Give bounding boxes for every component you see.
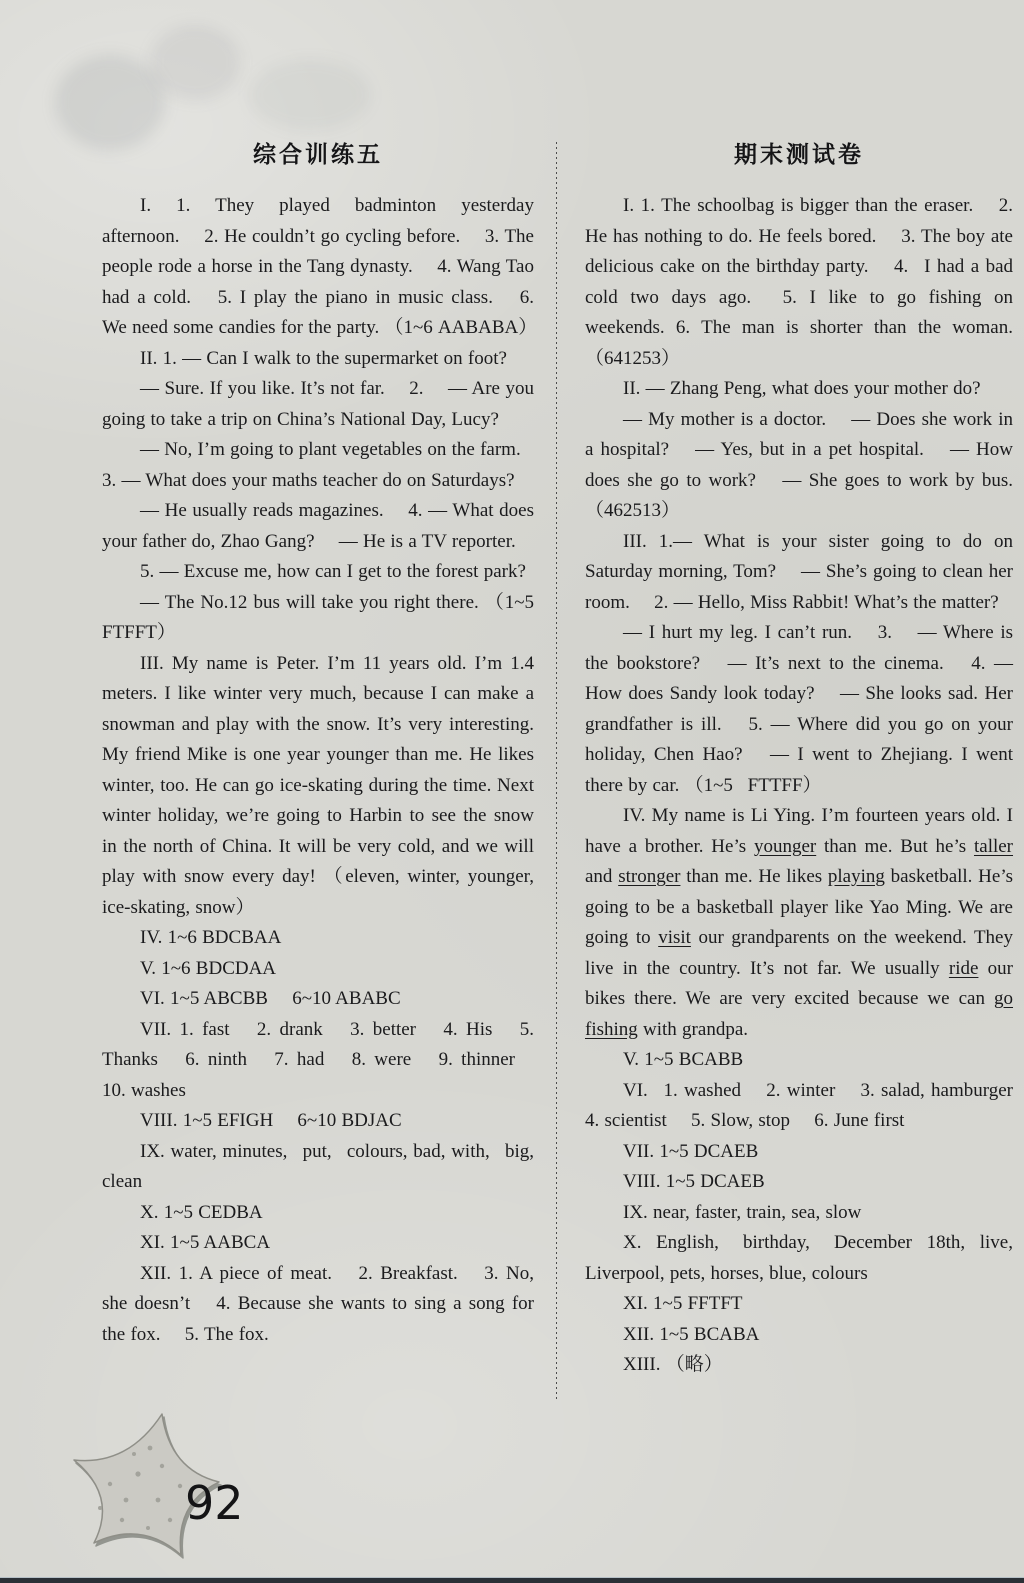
answer-paragraph: III. 1.— What is your sister going to do… — [585, 527, 1013, 619]
answer-paragraph: IV. 1~6 BDCBAA — [102, 923, 534, 954]
answer-paragraph: — No, I’m going to plant vegetables on t… — [102, 435, 534, 466]
answer-paragraph: I. 1. The schoolbag is bigger than the e… — [585, 191, 1013, 374]
answer-paragraph: IV. My name is Li Ying. I’m fourteen yea… — [585, 801, 1013, 1045]
left-column: 综合训练五 I. 1. They played badminton yester… — [102, 136, 534, 1350]
answer-paragraph: VII. 1~5 DCAEB — [585, 1137, 1013, 1168]
answer-paragraph: XI. 1~5 FFTFT — [585, 1289, 1013, 1320]
answer-paragraph: VIII. 1~5 DCAEB — [585, 1167, 1013, 1198]
answer-paragraph: VI. 1. washed 2. winter 3. salad, hambur… — [585, 1076, 1013, 1137]
answer-paragraph: III. My name is Peter. I’m 11 years old.… — [102, 649, 534, 924]
answer-paragraph: XII. 1~5 BCABA — [585, 1320, 1013, 1351]
answer-paragraph: I. 1. They played badminton yesterday af… — [102, 191, 534, 344]
right-column: 期末测试卷 I. 1. The schoolbag is bigger than… — [585, 136, 1013, 1381]
answer-paragraph: IX. near, faster, train, sea, slow — [585, 1198, 1013, 1229]
left-column-title: 综合训练五 — [102, 136, 534, 169]
answer-paragraph: V. 1~5 BCABB — [585, 1045, 1013, 1076]
left-column-answers: I. 1. They played badminton yesterday af… — [102, 191, 534, 1350]
answer-paragraph: — My mother is a doctor. — Does she work… — [585, 405, 1013, 527]
right-column-answers: I. 1. The schoolbag is bigger than the e… — [585, 191, 1013, 1381]
answer-paragraph: VI. 1~5 ABCBB 6~10 ABABC — [102, 984, 534, 1015]
answer-paragraph: XI. 1~5 AABCA — [102, 1228, 534, 1259]
answer-paragraph: X. 1~5 CEDBA — [102, 1198, 534, 1229]
column-divider — [556, 142, 557, 1400]
answer-paragraph: 3. — What does your maths teacher do on … — [102, 466, 534, 497]
answer-paragraph: V. 1~6 BDCDAA — [102, 954, 534, 985]
right-column-title: 期末测试卷 — [585, 136, 1013, 169]
bleed-through-smudge — [150, 25, 240, 100]
answer-paragraph: X. English, birthday, December 18th, liv… — [585, 1228, 1013, 1289]
answer-paragraph: XII. 1. A piece of meat. 2. Breakfast. 3… — [102, 1259, 534, 1351]
answer-paragraph: — The No.12 bus will take you right ther… — [102, 588, 534, 649]
answer-paragraph: II. — Zhang Peng, what does your mother … — [585, 374, 1013, 405]
answer-paragraph: 5. — Excuse me, how can I get to the for… — [102, 557, 534, 588]
bleed-through-smudge — [250, 60, 370, 130]
answer-paragraph: IX. water, minutes, put, colours, bad, w… — [102, 1137, 534, 1198]
answer-paragraph: VIII. 1~5 EFIGH 6~10 BDJAC — [102, 1106, 534, 1137]
answer-paragraph: VII. 1. fast 2. drank 3. better 4. His 5… — [102, 1015, 534, 1107]
answer-paragraph: — Sure. If you like. It’s not far. 2. — … — [102, 374, 534, 435]
answer-paragraph: — He usually reads magazines. 4. — What … — [102, 496, 534, 557]
scan-edge — [0, 1577, 1024, 1583]
scanned-workbook-page: { "page": { "number": "92", "paper_color… — [0, 0, 1024, 1583]
page-footer: 92 — [30, 1408, 250, 1568]
answer-paragraph: II. 1. — Can I walk to the supermarket o… — [102, 344, 534, 375]
page-number: 92 — [185, 1476, 244, 1530]
answer-paragraph: — I hurt my leg. I can’t run. 3. — Where… — [585, 618, 1013, 801]
answer-paragraph: XIII. （略） — [585, 1350, 1013, 1381]
